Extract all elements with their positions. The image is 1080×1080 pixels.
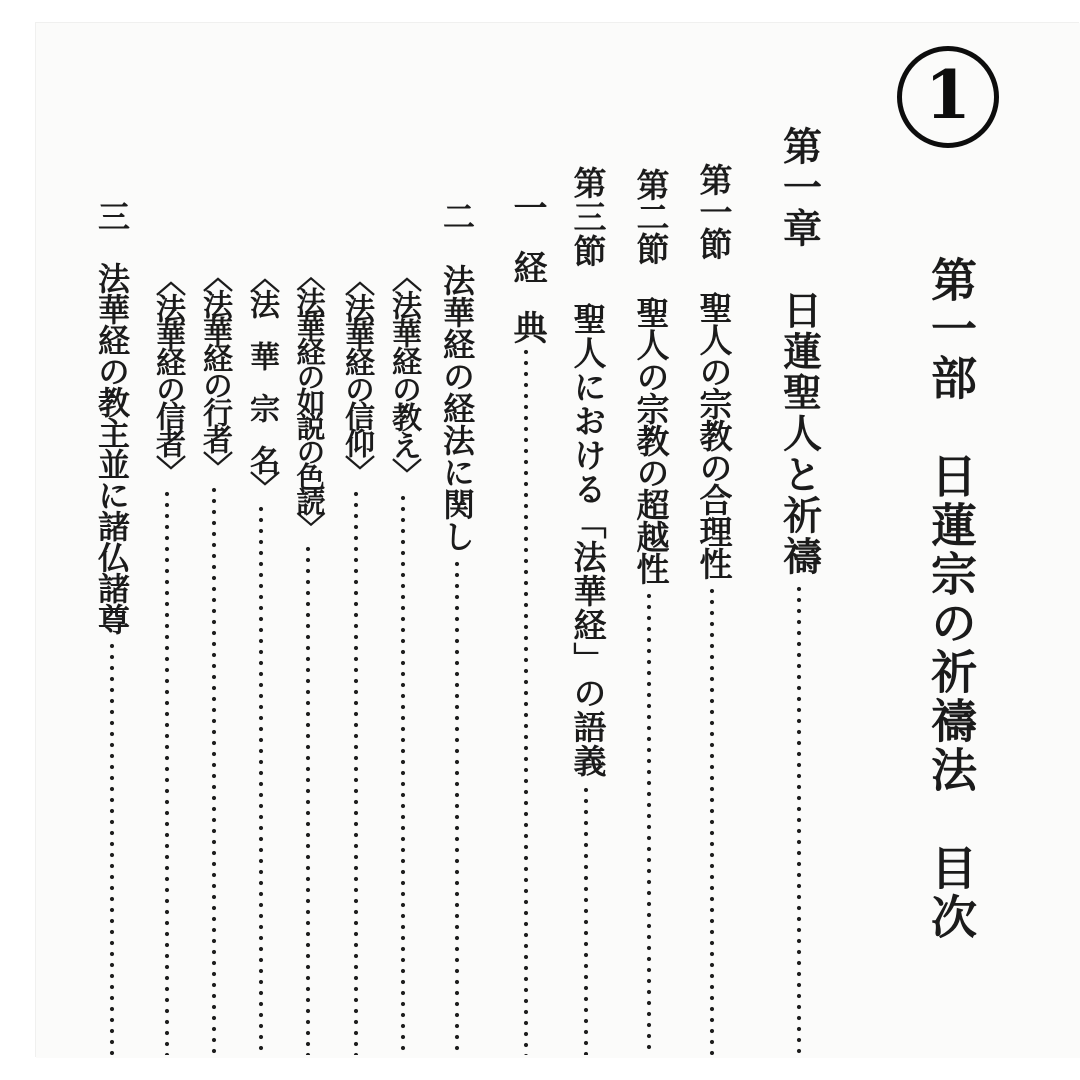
toc-entry-sub-item-4: 〈法 華 宗 名〉: [241, 263, 281, 1055]
toc-entry-text: 第三節 聖人における「法華経」の語義: [570, 166, 603, 778]
dot-leader: [646, 593, 652, 1055]
toc-entry-sub-item-6: 〈法華経の信者〉: [147, 266, 187, 1055]
dot-leader: [353, 491, 359, 1055]
toc-entry-text: 第一章 日蓮聖人と祈禱: [780, 126, 819, 577]
toc-entry-text: 第一節 聖人の宗教の合理性: [696, 163, 729, 579]
toc-entry-sub-item-1: 〈法華経の教え〉: [383, 262, 423, 1055]
dot-leader: [164, 491, 170, 1055]
toc-entry-text: 〈法華経の行者〉: [199, 262, 229, 478]
dot-leader: [258, 506, 264, 1055]
page-number-badge: 1: [897, 46, 999, 148]
dot-leader: [211, 487, 217, 1055]
toc-entry-section-2: 第二節 聖人の宗教の超越性: [627, 168, 671, 1055]
dot-leader: [109, 643, 115, 1055]
part-title-text: 第一部 日蓮宗の祈禱法 目次: [927, 256, 973, 942]
toc-entry-text: 〈法華経の信者〉: [152, 266, 182, 482]
part-title: 第一部 日蓮宗の祈禱法 目次: [920, 256, 980, 942]
toc-entry-text: 〈法華経の如説の色読〉: [294, 262, 323, 537]
toc-entry-text: 〈法華経の信仰〉: [341, 266, 371, 482]
dot-leader: [583, 787, 589, 1055]
page-number: 1: [925, 62, 971, 128]
toc-entry-sub-item-3: 〈法華経の如説の色読〉: [288, 262, 328, 1055]
toc-entry-sub-item-2: 〈法華経の信仰〉: [336, 266, 376, 1055]
dot-leader: [796, 586, 802, 1055]
toc-entry-text: 第二節 聖人の宗教の超越性: [633, 168, 666, 584]
toc-entry-text: 〈法 華 宗 名〉: [246, 263, 276, 497]
dot-leader: [709, 588, 715, 1055]
dot-leader: [523, 349, 529, 1055]
toc-entry-section-3: 第三節 聖人における「法華経」の語義: [564, 166, 608, 1055]
toc-entry-item-3: 三 法華経の教主並に諸仏諸尊: [90, 200, 134, 1055]
toc-entry-text: 三 法華経の教主並に諸仏諸尊: [96, 200, 128, 634]
dot-leader: [454, 561, 460, 1055]
toc-entry-sub-item-5: 〈法華経の行者〉: [194, 262, 234, 1055]
toc-entry-text: 一 経 典: [509, 190, 543, 340]
toc-entry-item-2: 二 法華経の経法に関し: [435, 200, 479, 1055]
toc-entry-item-1: 一 経 典: [504, 190, 548, 1055]
toc-entry-section-1: 第一節 聖人の宗教の合理性: [690, 163, 734, 1055]
toc-entry-chapter-1: 第一章 日蓮聖人と祈禱: [775, 126, 823, 1055]
toc-entry-text: 二 法華経の経法に関し: [441, 200, 473, 552]
dot-leader: [305, 546, 311, 1055]
dot-leader: [400, 495, 406, 1055]
toc-entry-text: 〈法華経の教え〉: [388, 262, 418, 486]
